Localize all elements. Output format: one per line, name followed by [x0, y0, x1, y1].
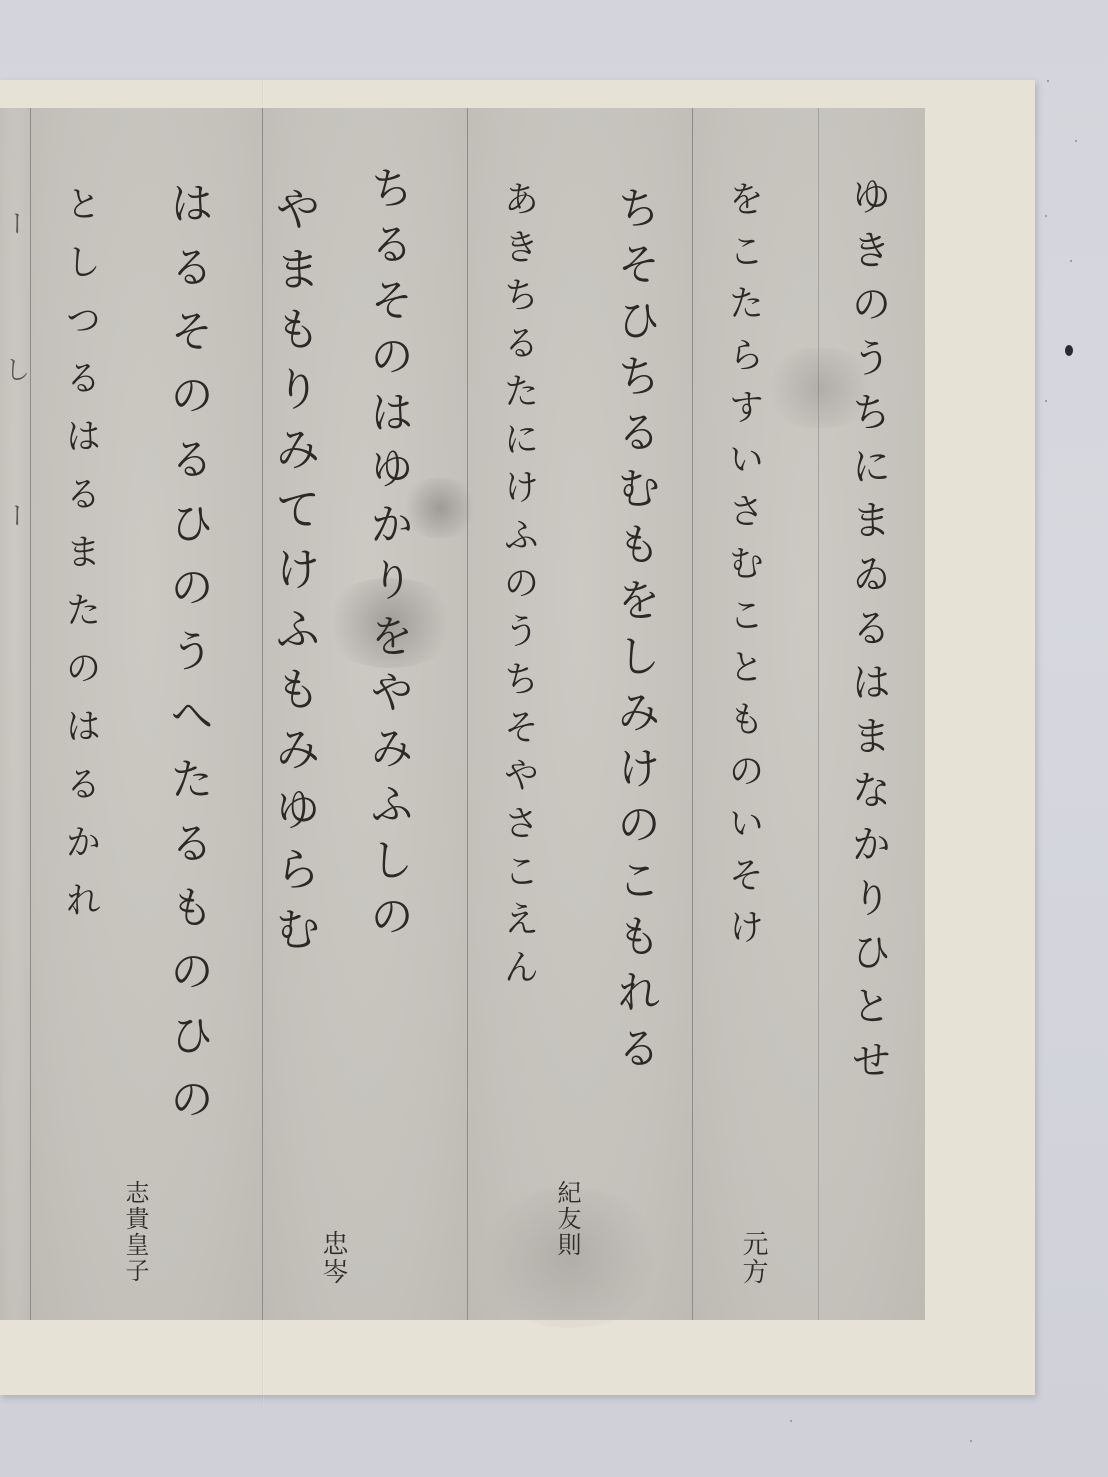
surface-speck: [970, 1440, 972, 1442]
manuscript-plate: [0, 108, 925, 1320]
surface-speck: [1075, 140, 1077, 142]
poet-signature-tadamine: 忠岑: [315, 1230, 352, 1286]
manuscript-column-8: はるそのるひのうへたるものひの: [165, 180, 209, 1140]
manuscript-column-9: としつるはるまたのはるかれ: [62, 185, 98, 939]
manuscript-column-5: あきちるたにけふのうちそやさこえん: [500, 180, 536, 996]
poet-signature-tomonori: 紀友則: [550, 1180, 585, 1258]
ruled-line: [818, 108, 819, 1320]
poet-signature-motokata: 元方: [735, 1230, 772, 1286]
poet-signature-shiki: 志貴皇子: [118, 1180, 153, 1284]
surface-speck: [1047, 80, 1049, 82]
manuscript-column-6: ちるそのはゆかりをやみふしの: [365, 165, 409, 949]
surface-speck: [1045, 400, 1047, 402]
manuscript-column-1: ゆきのうちにまゐるはまなかりひとせ: [848, 175, 888, 1093]
left-edge-fragment: ーしー: [2, 210, 28, 648]
surface-speck: [1045, 215, 1047, 217]
manuscript-column-4: ちそひちるむもをしみけのこもれる: [612, 185, 656, 1081]
surface-dark-speck: [1065, 345, 1073, 356]
manuscript-column-2: をこたらすいさむことものいそけ: [725, 180, 761, 960]
manuscript-column-7: やまもりみてけふもみゆらむ: [272, 185, 318, 965]
surface-speck: [790, 1420, 792, 1422]
surface-speck: [1070, 260, 1072, 262]
